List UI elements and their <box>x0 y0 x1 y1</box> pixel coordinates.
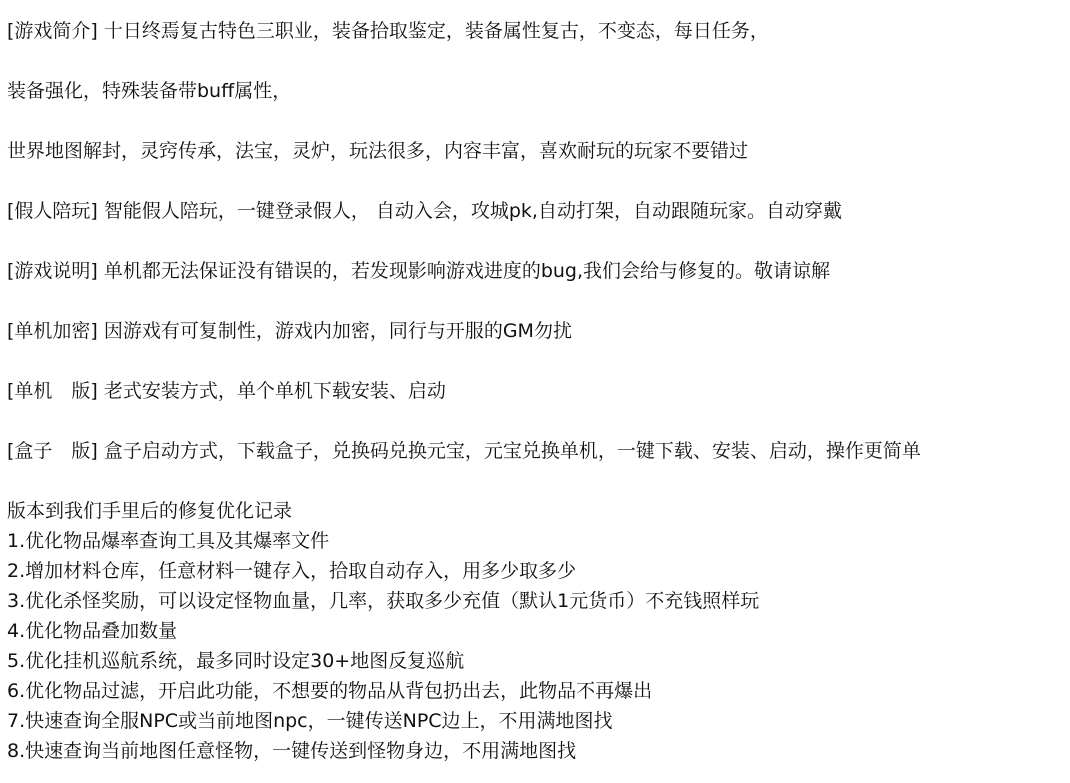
section-tag: [游戏说明] <box>7 260 98 282</box>
paragraph-text: 世界地图解封，灵窍传承，法宝，灵炉，玩法很多，内容丰富，喜欢耐玩的玩家不要错过 <box>7 140 748 162</box>
paragraph-text: 老式安装方式，单个单机下载安装、启动 <box>104 380 446 402</box>
changelog-item: 7.快速查询全服NPC或当前地图npc，一键传送NPC边上，不用满地图找 <box>7 706 613 736</box>
changelog-item: 6.优化物品过滤，开启此功能，不想要的物品从背包扔出去，此物品不再爆出 <box>7 676 652 706</box>
changelog-item: 8.快速查询当前地图任意怪物，一键传送到怪物身边，不用满地图找 <box>7 736 576 766</box>
section-tag: [盒子 版] <box>7 440 98 462</box>
intro-paragraph-equipment: 装备强化，特殊装备带buff属性， <box>7 76 291 106</box>
changelog-title: 版本到我们手里后的修复优化记录 <box>7 496 292 526</box>
intro-paragraph-game-notes: [游戏说明]单机都无法保证没有错误的，若发现影响游戏进度的bug,我们会给与修复… <box>7 256 830 286</box>
intro-paragraph-encryption: [单机加密]因游戏有可复制性，游戏内加密，同行与开服的GM勿扰 <box>7 316 572 346</box>
changelog-item: 2.增加材料仓库，任意材料一键存入，拾取自动存入，用多少取多少 <box>7 556 576 586</box>
paragraph-text: 装备强化，特殊装备带buff属性， <box>7 80 291 102</box>
changelog-item: 1.优化物品爆率查询工具及其爆率文件 <box>7 526 329 556</box>
intro-paragraph-bot-companions: [假人陪玩]智能假人陪玩，一键登录假人， 自动入会，攻城pk,自动打架，自动跟随… <box>7 196 842 226</box>
intro-paragraph-world-map: 世界地图解封，灵窍传承，法宝，灵炉，玩法很多，内容丰富，喜欢耐玩的玩家不要错过 <box>7 136 748 166</box>
intro-paragraph-standalone-version: [单机 版]老式安装方式，单个单机下载安装、启动 <box>7 376 446 406</box>
section-tag: [假人陪玩] <box>7 200 98 222</box>
changelog-item: 3.优化杀怪奖励，可以设定怪物血量，几率，获取多少充值（默认1元货币）不充钱照样… <box>7 586 759 616</box>
paragraph-text: 盒子启动方式，下载盒子，兑换码兑换元宝，元宝兑换单机，一键下载、安装、启动，操作… <box>104 440 921 462</box>
intro-paragraph-launcher-version: [盒子 版]盒子启动方式，下载盒子，兑换码兑换元宝，元宝兑换单机，一键下载、安装… <box>7 436 921 466</box>
paragraph-text: 单机都无法保证没有错误的，若发现影响游戏进度的bug,我们会给与修复的。敬请谅解 <box>104 260 830 282</box>
section-tag: [单机 版] <box>7 380 98 402</box>
changelog-item: 4.优化物品叠加数量 <box>7 616 177 646</box>
changelog-item: 5.优化挂机巡航系统，最多同时设定30+地图反复巡航 <box>7 646 464 676</box>
paragraph-text: 因游戏有可复制性，游戏内加密，同行与开服的GM勿扰 <box>104 320 572 342</box>
section-tag: [单机加密] <box>7 320 98 342</box>
paragraph-text: 十日终焉复古特色三职业，装备拾取鉴定，装备属性复古，不变态，每日任务， <box>104 20 769 42</box>
intro-paragraph-game-summary: [游戏简介]十日终焉复古特色三职业，装备拾取鉴定，装备属性复古，不变态，每日任务… <box>7 16 769 46</box>
section-tag: [游戏简介] <box>7 20 98 42</box>
paragraph-text: 智能假人陪玩，一键登录假人， 自动入会，攻城pk,自动打架，自动跟随玩家。自动穿… <box>104 200 842 222</box>
